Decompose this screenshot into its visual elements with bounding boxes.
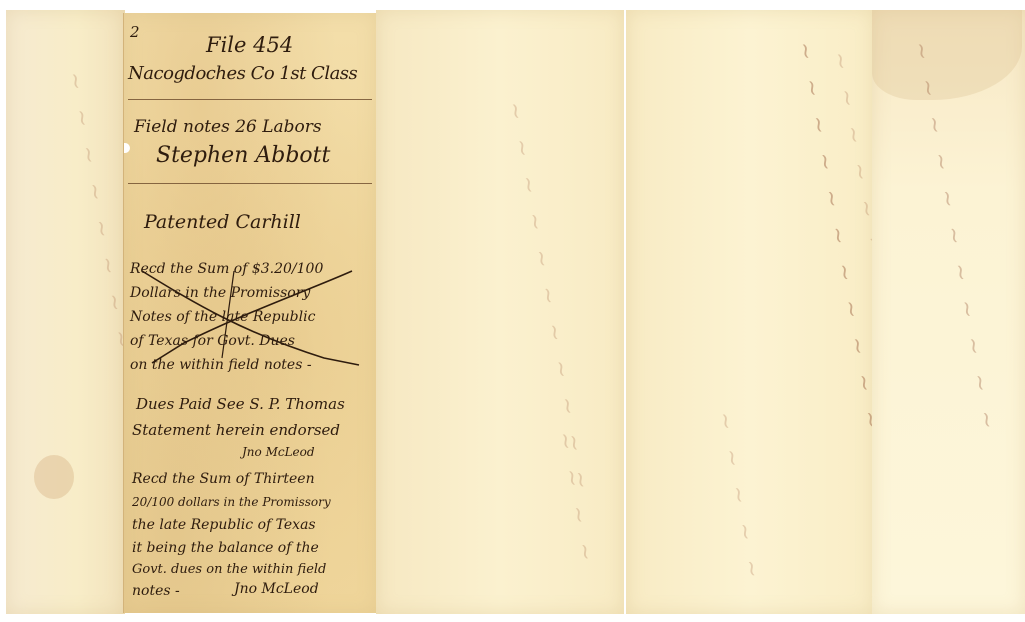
final-receipt-line: Recd the Sum of Thirteen — [132, 471, 315, 487]
manuscript-sheet: ~ ~ ~ ~ ~ ~ ~ ~ ~ ~ 2 File 454 Nacogdoch… — [6, 10, 1025, 614]
final-receipt-line: Govt. dues on the within field — [132, 562, 326, 577]
water-stain — [872, 10, 1022, 100]
back-panel-3: ~ ~ ~ ~ ~ ~ ~ ~ ~ ~ ~ — [872, 10, 1025, 614]
dues-paid-line: Statement herein endorsed — [132, 421, 340, 439]
bleed-through-ink: ~ ~ ~ ~ ~ ~ ~ ~ ~ ~ ~ — [501, 100, 595, 497]
bleed-through-ink: ~ ~ ~ ~ — [551, 430, 599, 569]
docket-front-panel: 2 File 454 Nacogdoches Co 1st Class Fiel… — [123, 13, 377, 613]
left-fold-panel: ~ ~ ~ ~ ~ ~ ~ ~ ~ ~ — [6, 10, 125, 614]
struck-receipt-line: Recd the Sum of $3.20/100 — [130, 261, 323, 277]
margin-number: 2 — [130, 23, 140, 41]
struck-receipt-line: on the within field notes - — [130, 357, 312, 373]
final-receipt-line: it being the balance of the — [132, 540, 319, 556]
bleed-through-ink: ~ ~ ~ ~ ~ — [711, 410, 766, 586]
paper-tear — [124, 143, 130, 153]
patented-note: Patented Carhill — [144, 211, 301, 233]
dues-paid-line: Dues Paid See S. P. Thomas — [136, 395, 345, 413]
final-receipt-line: 20/100 dollars in the Promissory — [132, 495, 331, 509]
file-number: File 454 — [206, 33, 293, 57]
back-panel-2: ~ ~ ~ ~ ~ ~ ~ ~ ~ ~ ~ ~ ~ ~ ~ ~ ~ ~ ~ ~ … — [626, 10, 874, 614]
final-receipt-line: notes - — [132, 583, 180, 599]
final-receipt-line: the late Republic of Texas — [132, 517, 316, 533]
struck-receipt-line: of Texas for Govt. Dues — [130, 333, 295, 349]
struck-receipt-line: Dollars in the Promissory — [130, 285, 310, 301]
dues-paid-signature: Jno McLeod — [242, 445, 315, 459]
divider-line — [128, 183, 372, 184]
field-notes-label: Field notes 26 Labors — [134, 117, 322, 137]
bleed-through-ink: ~ ~ ~ ~ ~ ~ ~ ~ ~ ~ ~ — [907, 40, 1001, 437]
county-class: Nacogdoches Co 1st Class — [128, 63, 357, 84]
signature: Jno McLeod — [234, 581, 319, 597]
water-stain — [34, 455, 74, 499]
back-panel-1: ~ ~ ~ ~ ~ ~ ~ ~ ~ ~ ~ ~ ~ ~ ~ — [376, 10, 624, 614]
struck-receipt-line: Notes of the late Republic — [130, 309, 315, 325]
divider-line — [128, 99, 372, 100]
grantee-name: Stephen Abbott — [156, 143, 330, 168]
